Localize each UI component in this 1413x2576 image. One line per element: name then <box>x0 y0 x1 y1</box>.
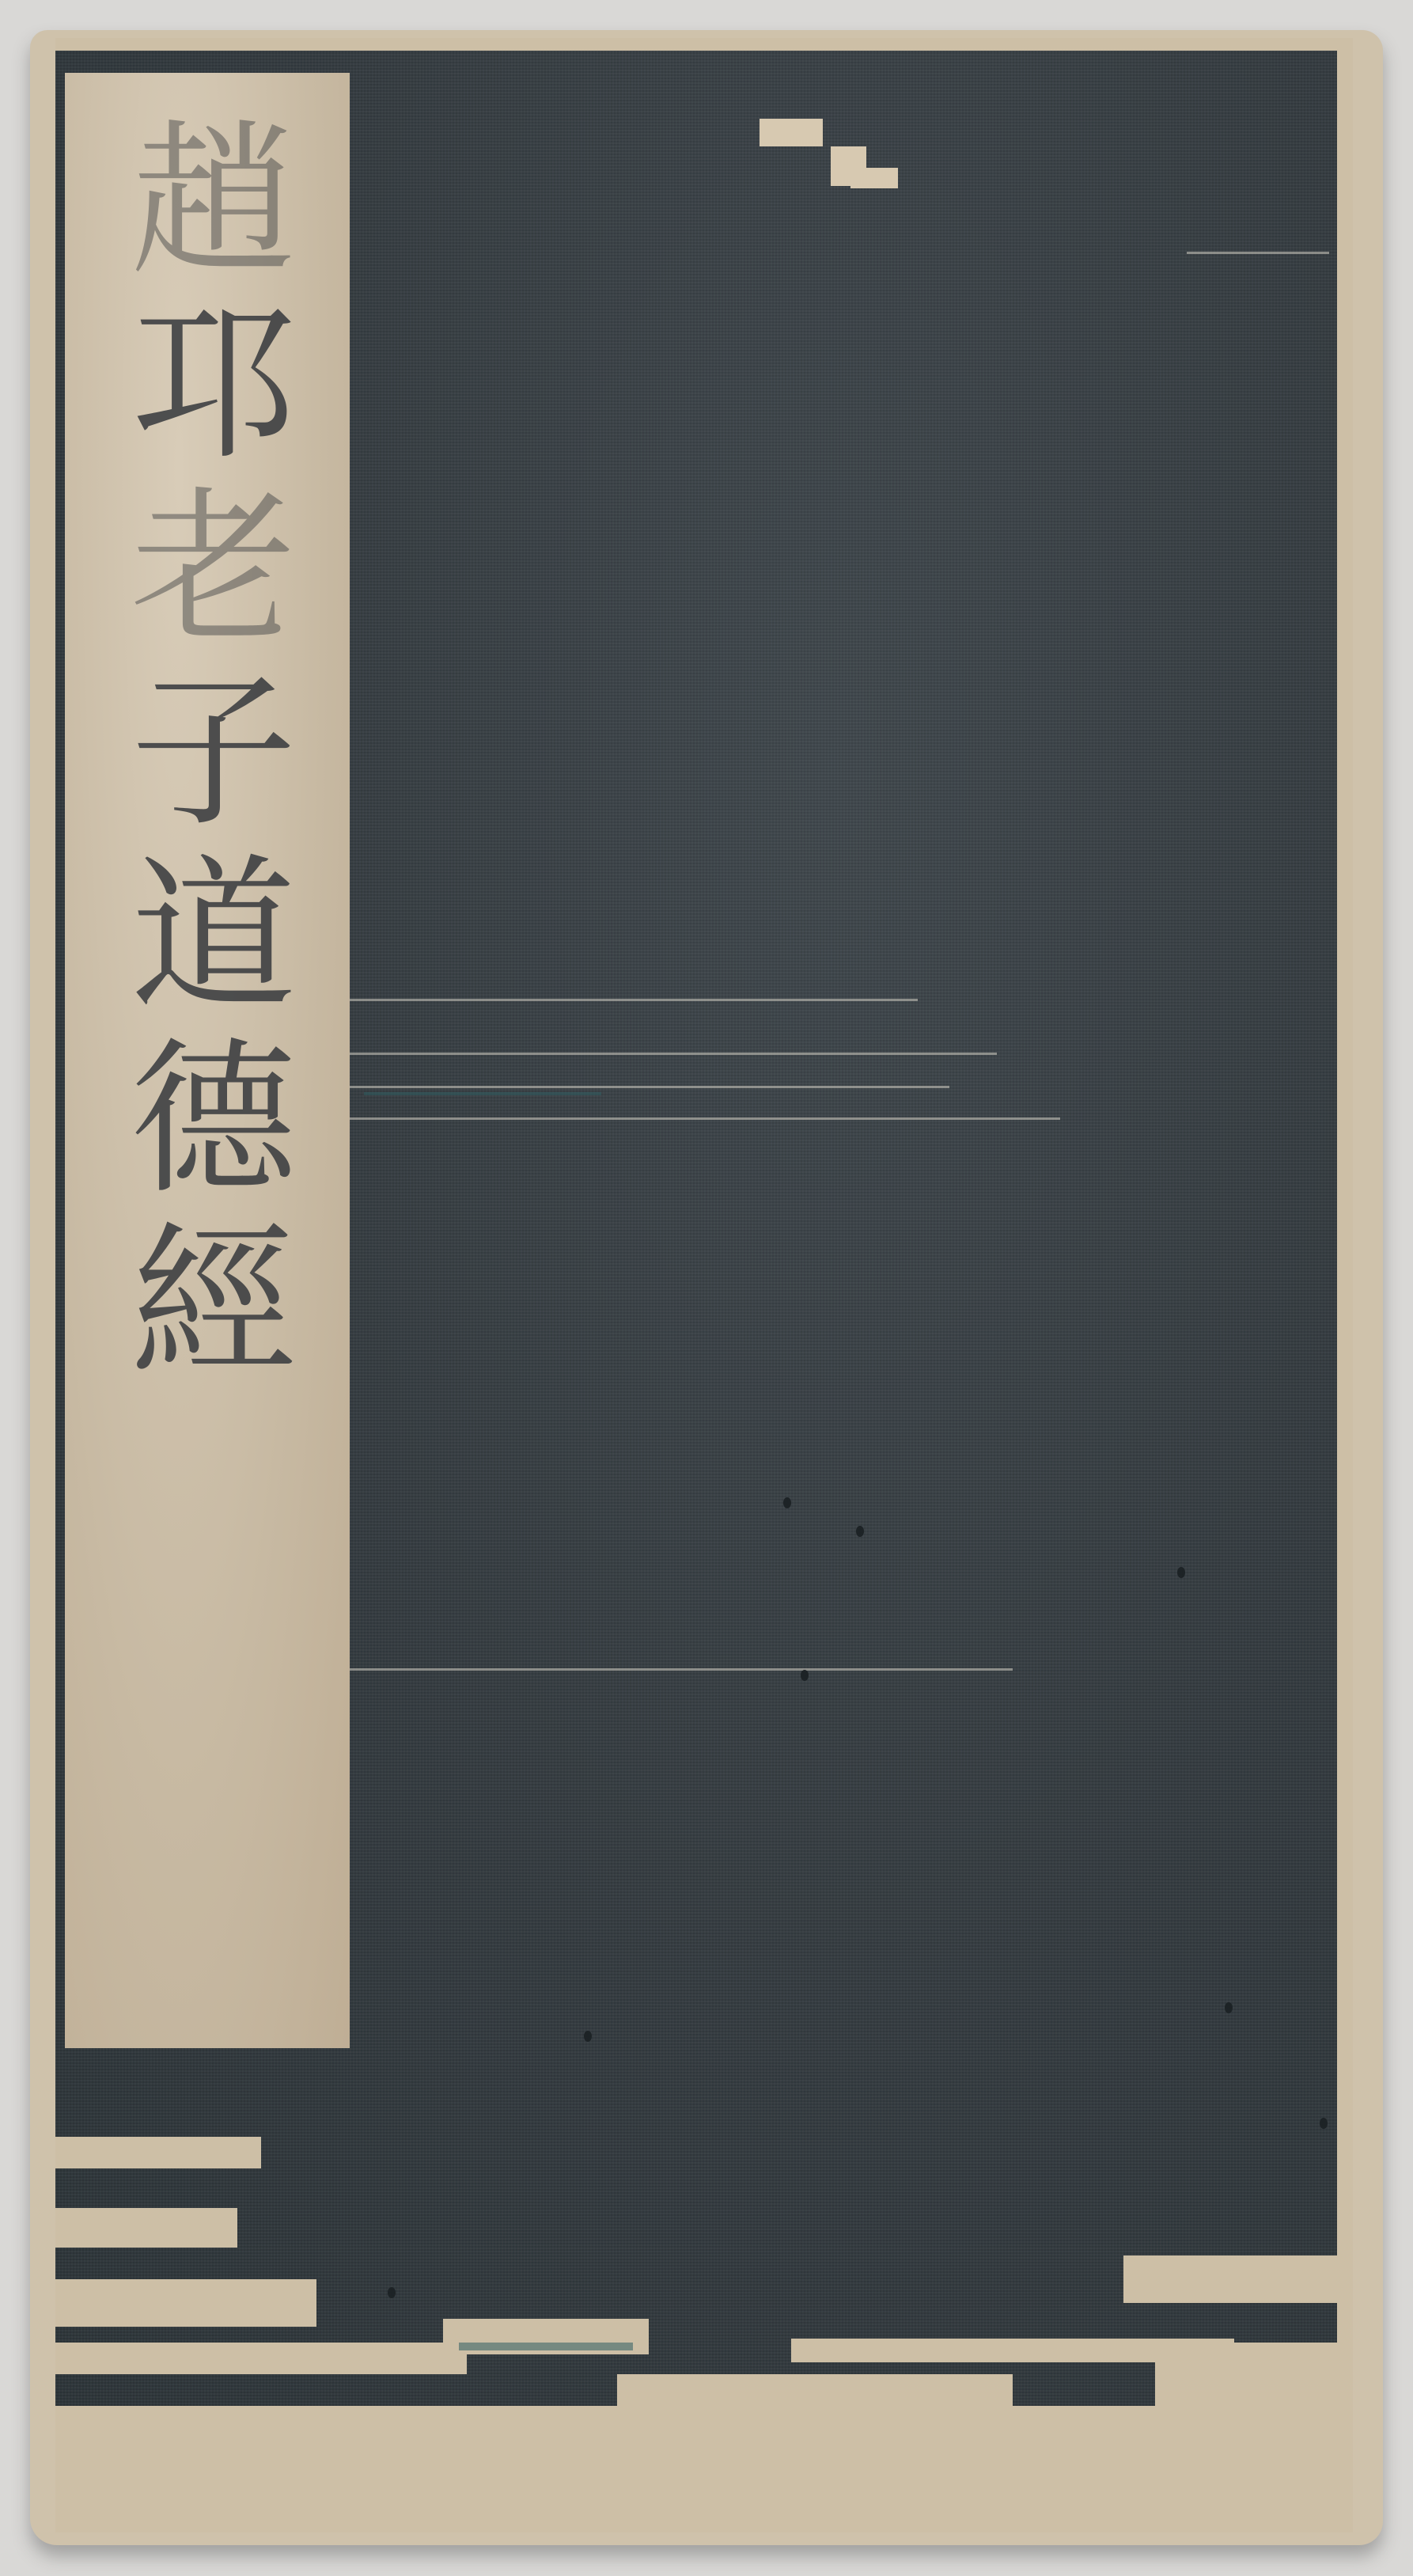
worm-hole <box>388 2287 396 2298</box>
exposed-thread <box>364 1092 601 1095</box>
title-char: 邛 <box>131 302 297 469</box>
worm-hole <box>783 1497 791 1508</box>
crease <box>1187 252 1329 254</box>
worm-hole <box>856 1526 864 1537</box>
title-characters: 趙 邛 老 子 道 德 經 <box>95 119 332 1404</box>
title-char: 趙 <box>131 119 297 285</box>
worm-hole <box>584 2031 592 2042</box>
frayed-edge <box>55 2279 316 2327</box>
crease <box>348 1053 997 1055</box>
worm-hole <box>801 1670 809 1681</box>
title-char: 老 <box>131 486 297 652</box>
cloth-tear <box>850 168 898 188</box>
worm-hole <box>1177 1567 1185 1578</box>
frayed-edge <box>55 2137 261 2168</box>
frayed-edge <box>55 38 1353 51</box>
crease <box>348 1086 949 1088</box>
title-char: 子 <box>131 670 297 836</box>
frayed-edge <box>1155 2343 1353 2438</box>
frayed-edge <box>1337 47 1353 2343</box>
exposed-thread <box>459 2343 633 2350</box>
frayed-edge <box>617 2374 1013 2414</box>
worm-hole <box>1320 2118 1328 2129</box>
crease <box>348 999 918 1001</box>
frayed-edge <box>1123 2255 1353 2303</box>
crease <box>348 1117 1060 1120</box>
frayed-edge <box>55 2208 237 2248</box>
crease <box>348 1668 1013 1671</box>
title-char: 德 <box>131 1037 297 1203</box>
title-char: 道 <box>131 853 297 1019</box>
title-char: 經 <box>131 1220 297 1387</box>
frayed-edge <box>55 2343 467 2374</box>
worm-hole <box>1225 2002 1233 2013</box>
cloth-tear <box>760 119 823 146</box>
